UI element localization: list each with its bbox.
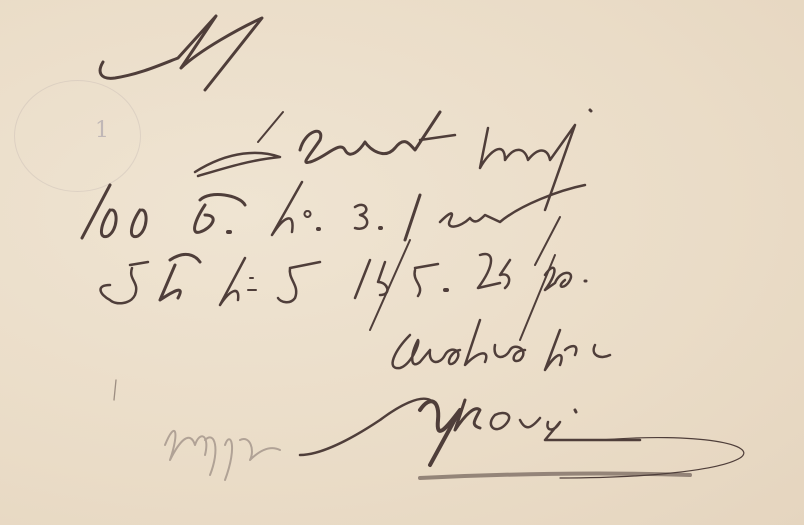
closing-stroke: [393, 320, 610, 370]
line1-stroke: [195, 110, 591, 210]
line3-stroke: [101, 240, 586, 340]
salutation-stroke: [100, 16, 262, 90]
faint-mark-stroke: [165, 431, 280, 480]
handwritten-card: 1 M Zenat nij 100 Б. н° 3. / ен 5 Б н° 5…: [0, 0, 804, 525]
handwriting-strokes: [0, 0, 804, 525]
line2-stroke: [82, 182, 585, 265]
signature-stroke: [300, 399, 744, 478]
